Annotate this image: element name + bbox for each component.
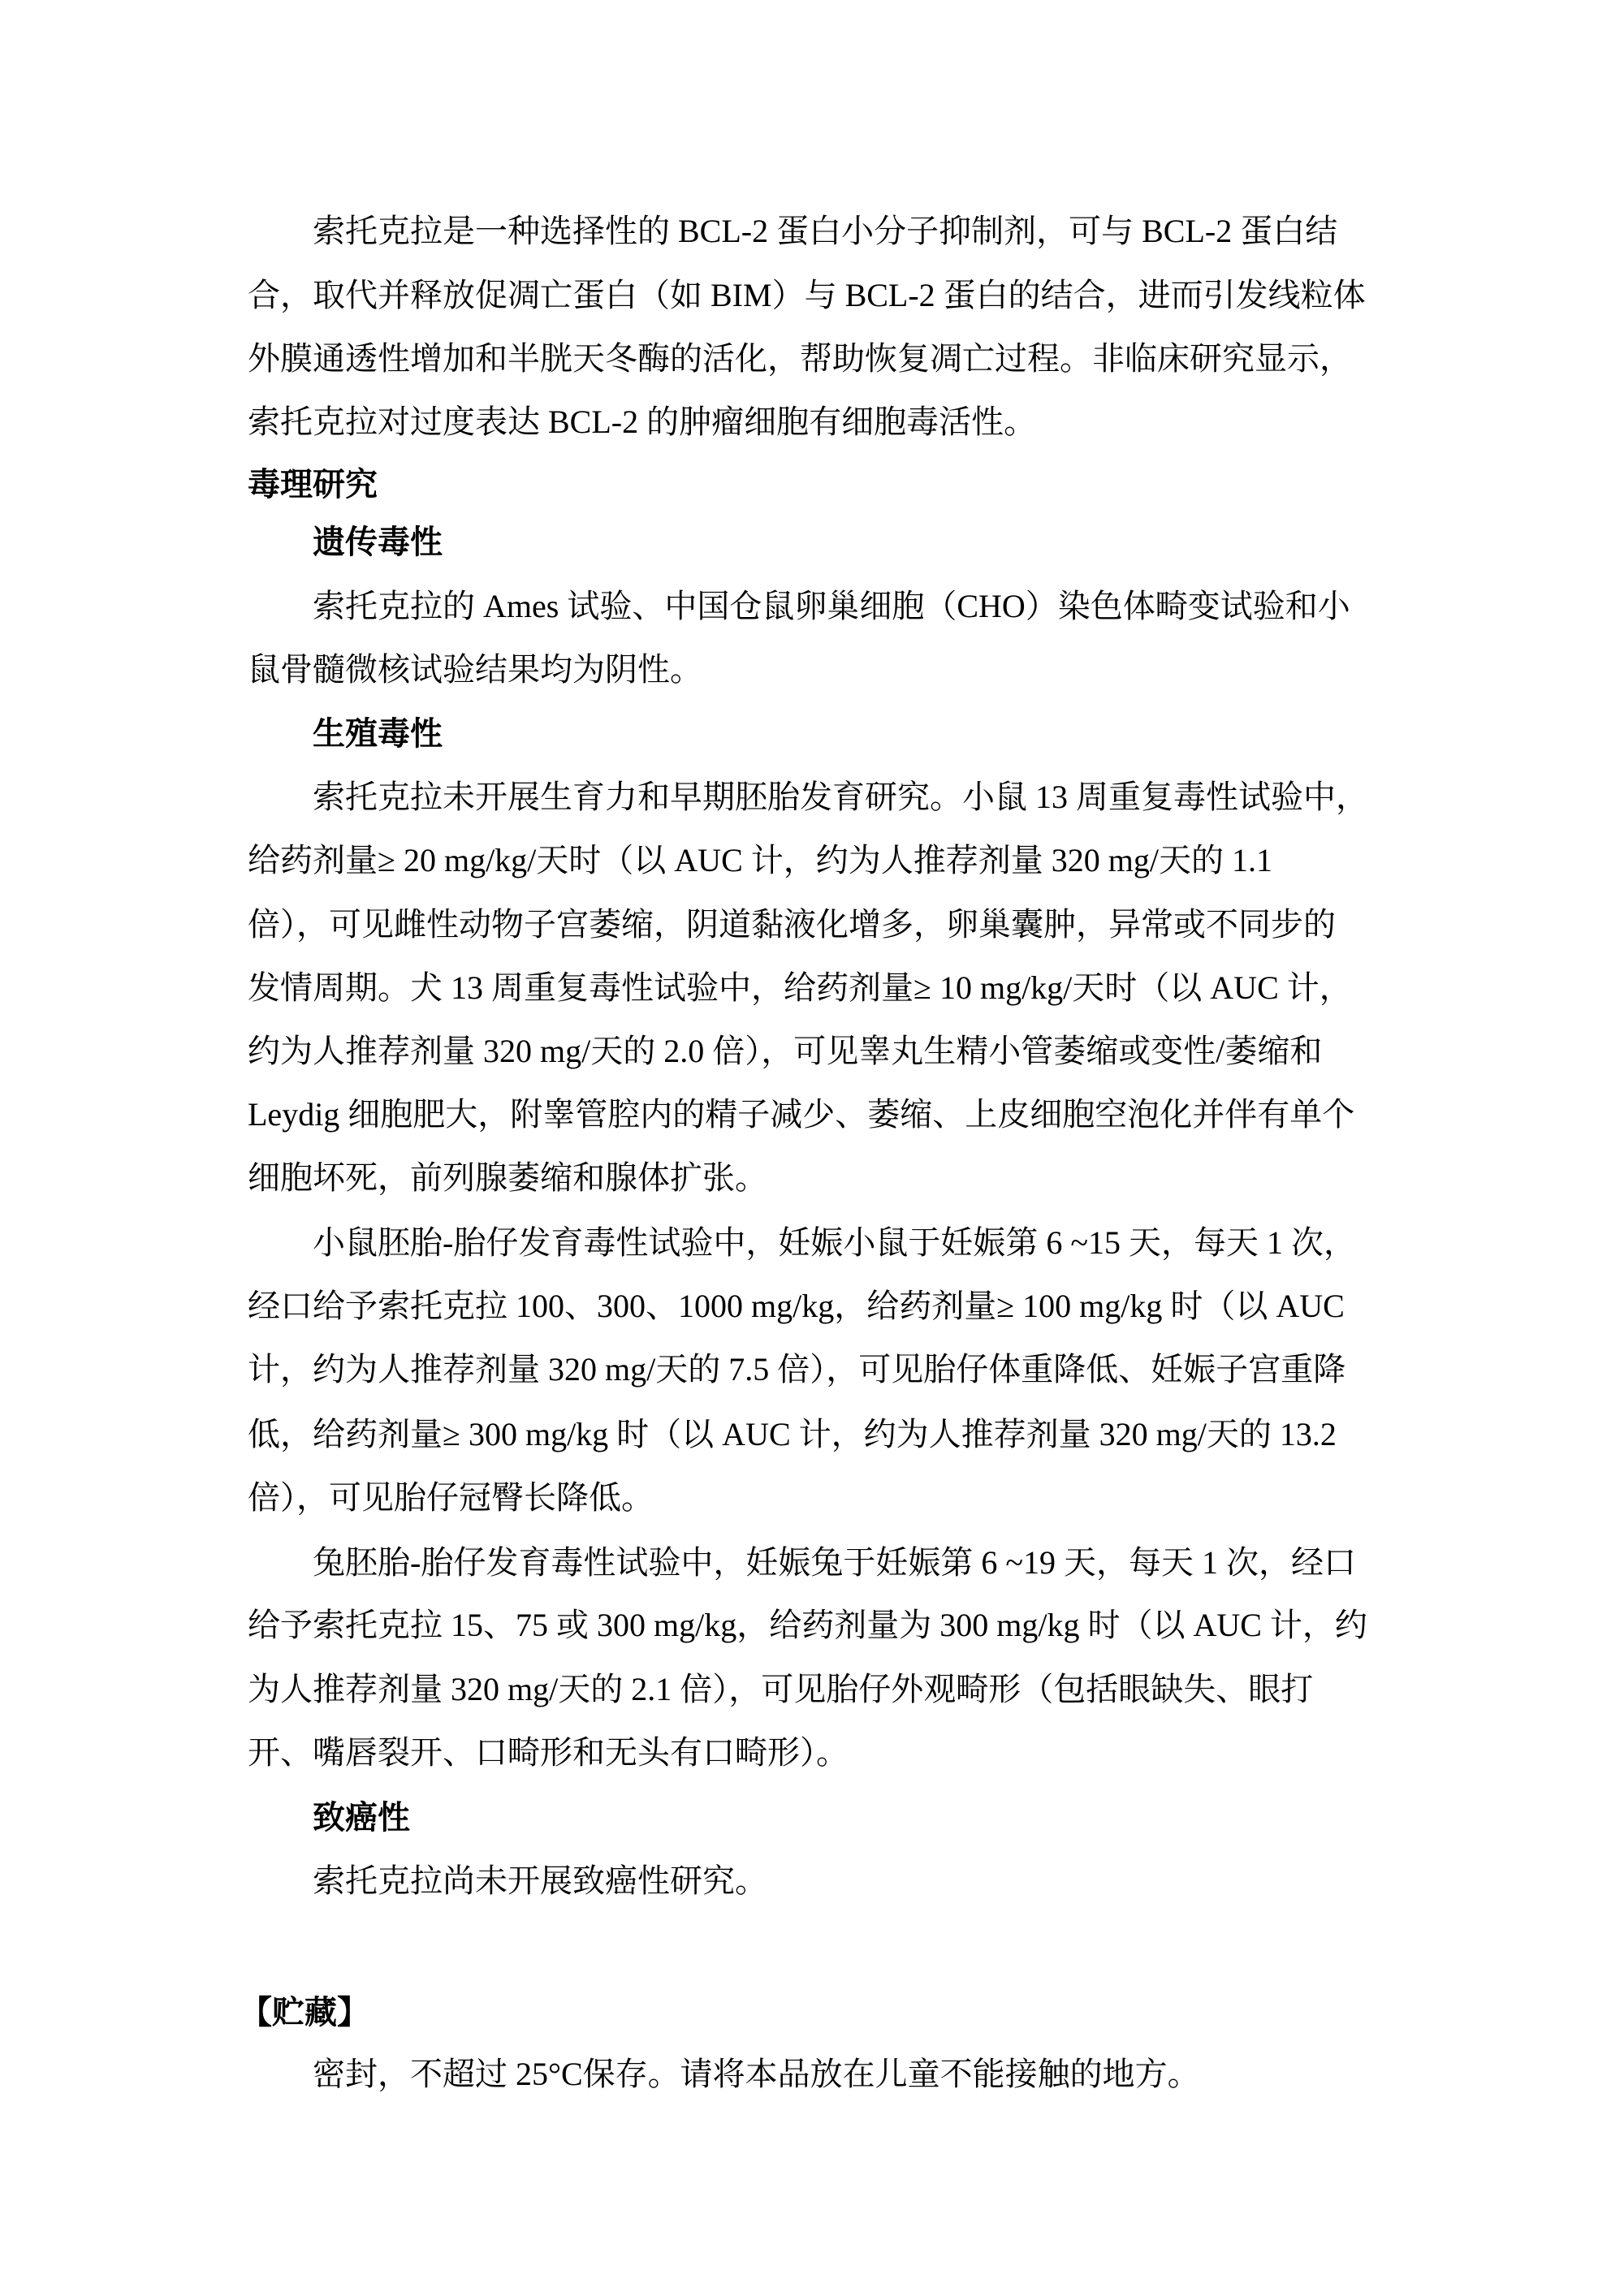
text-line: 鼠骨髓微核试验结果均为阴性。 (248, 650, 702, 689)
text-line: 索托克拉对过度表达 BCL-2 的肿瘤细胞有细胞毒活性。 (248, 403, 1036, 442)
text-line: 经口给予索托克拉 100、300、1000 mg/kg，给药剂量≥ 100 mg… (248, 1287, 1345, 1326)
text-line: Leydig 细胞肥大，附睾管腔内的精子减少、萎缩、上皮细胞空泡化并伴有单个 (248, 1095, 1354, 1134)
text-line: 合，取代并释放促凋亡蛋白（如 BIM）与 BCL-2 蛋白的结合，进而引发线粒体 (248, 276, 1366, 315)
subsection-heading-reproductive: 生殖毒性 (313, 714, 443, 753)
text-line: 约为人推荐剂量 320 mg/天的 2.0 倍），可见睾丸生精小管萎缩或变性/萎… (248, 1032, 1322, 1071)
text-line: 索托克拉是一种选择性的 BCL-2 蛋白小分子抑制剂，可与 BCL-2 蛋白结 (313, 212, 1337, 251)
section-heading-storage: 【贮藏】 (240, 1993, 369, 2032)
storage-text: 密封，不超过 25°C保存。请将本品放在儿童不能接触的地方。 (313, 2055, 1200, 2094)
text-line: 给药剂量≥ 20 mg/kg/天时（以 AUC 计，约为人推荐剂量 320 mg… (248, 841, 1272, 880)
text-line: 小鼠胚胎-胎仔发育毒性试验中，妊娠小鼠于妊娠第 6 ~15 天，每天 1 次， (313, 1224, 1356, 1262)
text-line: 倍），可见雌性动物子宫萎缩，阴道黏液化增多，卵巢囊肿，异常或不同步的 (248, 905, 1336, 944)
section-heading-toxicology: 毒理研究 (248, 465, 378, 504)
text-line: 给予索托克拉 15、75 或 300 mg/kg，给药剂量为 300 mg/kg… (248, 1606, 1367, 1645)
text-line: 发情周期。犬 13 周重复毒性试验中，给药剂量≥ 10 mg/kg/天时（以 A… (248, 969, 1352, 1008)
text-line: 计，约为人推荐剂量 320 mg/天的 7.5 倍），可见胎仔体重降低、妊娠子宫… (248, 1350, 1345, 1389)
carcinogenicity-text: 索托克拉尚未开展致癌性研究。 (313, 1862, 767, 1901)
text-line: 细胞坏死，前列腺萎缩和腺体扩张。 (248, 1159, 767, 1198)
text-line: 倍），可见胎仔冠臀长降低。 (248, 1478, 654, 1517)
text-line: 索托克拉的 Ames 试验、中国仓鼠卵巢细胞（CHO）染色体畸变试验和小 (313, 587, 1350, 626)
text-line: 外膜通透性增加和半胱天冬酶的活化，帮助恢复凋亡过程。非临床研究显示， (248, 339, 1352, 378)
text-line: 兔胚胎-胎仔发育毒性试验中，妊娠兔于妊娠第 6 ~19 天，每天 1 次，经口 (313, 1543, 1356, 1582)
text-line: 为人推荐剂量 320 mg/天的 2.1 倍），可见胎仔外观畸形（包括眼缺失、眼… (248, 1670, 1313, 1709)
subsection-heading-genotoxicity: 遗传毒性 (313, 523, 443, 562)
text-line: 低，给药剂量≥ 300 mg/kg 时（以 AUC 计，约为人推荐剂量 320 … (248, 1415, 1337, 1454)
subsection-heading-carcinogenicity: 致癌性 (313, 1798, 410, 1837)
text-line: 开、嘴唇裂开、口畸形和无头有口畸形）。 (248, 1733, 849, 1772)
text-line: 索托克拉未开展生育力和早期胚胎发育研究。小鼠 13 周重复毒性试验中， (313, 778, 1368, 817)
